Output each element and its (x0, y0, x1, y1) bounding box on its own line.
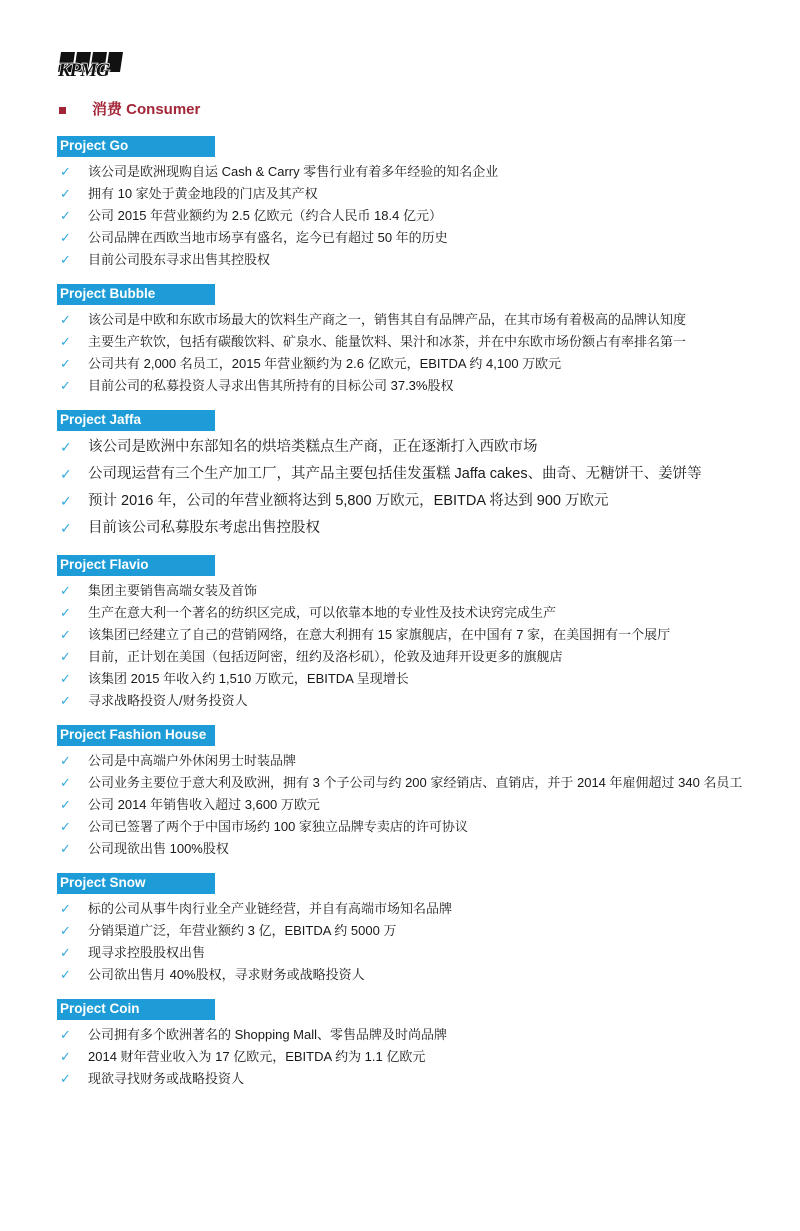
checkmark-icon: ✓ (60, 331, 88, 352)
checkmark-icon: ✓ (60, 580, 88, 601)
bullet-item: ✓ 预计 2016 年，公司的年营业额将达到 5,800 万欧元，EBITDA … (57, 489, 747, 514)
project-title: Project Flavio (57, 555, 215, 576)
checkmark-icon: ✓ (60, 435, 88, 460)
bullet-item: ✓ 公司共有 2,000 名员工，2015 年营业额约为 2.6 亿欧元，EBI… (57, 353, 747, 374)
project-title: Project Bubble (57, 284, 215, 305)
checkmark-icon: ✓ (60, 750, 88, 771)
bullet-text: 2014 财年营业收入为 17 亿欧元，EBITDA 约为 1.1 亿欧元 (88, 1046, 747, 1067)
bullet-item: ✓ 集团主要销售高端女装及首饰 (57, 580, 747, 601)
bullet-text: 公司 2015 年营业额约为 2.5 亿欧元（约合人民币 18.4 亿元） (88, 205, 747, 226)
bullet-text: 标的公司从事牛肉行业全产业链经营，并自有高端市场知名品牌 (88, 898, 747, 919)
bullet-text: 该集团已经建立了自己的营销网络，在意大利拥有 15 家旗舰店，在中国有 7 家，… (88, 624, 747, 645)
page-title: 消费 Consumer (92, 100, 200, 120)
bullet-text: 公司拥有多个欧洲著名的 Shopping Mall、零售品牌及时尚品牌 (88, 1024, 747, 1045)
checkmark-icon: ✓ (60, 646, 88, 667)
bullet-item: ✓ 公司 2014 年销售收入超过 3,600 万欧元 (57, 794, 747, 815)
bullet-item: ✓ 目前，正计划在美国（包括迈阿密，纽约及洛杉矶），伦敦及迪拜开设更多的旗舰店 (57, 646, 747, 667)
bullet-text: 公司现运营有三个生产加工厂，其产品主要包括佳发蛋糕 Jaffa cakes、曲奇… (88, 462, 747, 487)
project-title: Project Go (57, 136, 215, 157)
bullet-text: 公司是中高端户外休闲男士时装品牌 (88, 750, 747, 771)
bullet-list: ✓ 该公司是中欧和东欧市场最大的饮料生产商之一，销售其自有品牌产品，在其市场有着… (57, 309, 747, 396)
bullet-item: ✓ 现欲寻找财务或战略投资人 (57, 1068, 747, 1089)
bullet-item: ✓ 分销渠道广泛，年营业额约 3 亿，EBITDA 约 5000 万 (57, 920, 747, 941)
project-section: Project Jaffa ✓ 该公司是欧洲中东部知名的烘培类糕点生产商，正在逐… (57, 410, 747, 541)
bullet-text: 公司业务主要位于意大利及欧洲，拥有 3 个子公司与约 200 家经销店、直销店，… (88, 772, 747, 793)
checkmark-icon: ✓ (60, 489, 88, 514)
document-page: KPMG 消费 Consumer Project Go ✓ 该公司是欧洲现购自运… (0, 0, 800, 1089)
bullet-text: 目前公司股东寻求出售其控股权 (88, 249, 747, 270)
bullet-item: ✓ 拥有 10 家处于黄金地段的门店及其产权 (57, 183, 747, 204)
checkmark-icon: ✓ (60, 794, 88, 815)
bullet-text: 该公司是欧洲现购自运 Cash & Carry 零售行业有着多年经验的知名企业 (88, 161, 747, 182)
bullet-list: ✓ 公司是中高端户外休闲男士时装品牌 ✓ 公司业务主要位于意大利及欧洲，拥有 3… (57, 750, 747, 859)
bullet-item: ✓ 公司拥有多个欧洲著名的 Shopping Mall、零售品牌及时尚品牌 (57, 1024, 747, 1045)
bullet-item: ✓ 现寻求控股股权出售 (57, 942, 747, 963)
bullet-item: ✓ 公司现欲出售 100%股权 (57, 838, 747, 859)
bullet-text: 目前公司的私募投资人寻求出售其所持有的目标公司 37.3%股权 (88, 375, 747, 396)
bullet-text: 公司已签署了两个于中国市场约 100 家独立品牌专卖店的许可协议 (88, 816, 747, 837)
bullet-item: ✓ 公司 2015 年营业额约为 2.5 亿欧元（约合人民币 18.4 亿元） (57, 205, 747, 226)
project-section: Project Snow ✓ 标的公司从事牛肉行业全产业链经营，并自有高端市场知… (57, 873, 747, 985)
project-title: Project Snow (57, 873, 215, 894)
checkmark-icon: ✓ (60, 772, 88, 793)
bullet-text: 目前，正计划在美国（包括迈阿密，纽约及洛杉矶），伦敦及迪拜开设更多的旗舰店 (88, 646, 747, 667)
bullet-text: 公司 2014 年销售收入超过 3,600 万欧元 (88, 794, 747, 815)
bullet-item: ✓ 生产在意大利一个著名的纺织区完成，可以依靠本地的专业性及技术诀窍完成生产 (57, 602, 747, 623)
bullet-text: 公司共有 2,000 名员工，2015 年营业额约为 2.6 亿欧元，EBITD… (88, 353, 747, 374)
bullet-item: ✓ 公司已签署了两个于中国市场约 100 家独立品牌专卖店的许可协议 (57, 816, 747, 837)
checkmark-icon: ✓ (60, 1068, 88, 1089)
checkmark-icon: ✓ (60, 690, 88, 711)
bullet-text: 主要生产软饮，包括有碳酸饮料、矿泉水、能量饮料、果汁和冰茶，并在中东欧市场份额占… (88, 331, 747, 352)
bullet-list: ✓ 公司拥有多个欧洲著名的 Shopping Mall、零售品牌及时尚品牌 ✓ … (57, 1024, 747, 1089)
bullet-list: ✓ 标的公司从事牛肉行业全产业链经营，并自有高端市场知名品牌 ✓ 分销渠道广泛，… (57, 898, 747, 985)
bullet-list: ✓ 该公司是欧洲中东部知名的烘培类糕点生产商，正在逐渐打入西欧市场 ✓ 公司现运… (57, 435, 747, 541)
checkmark-icon: ✓ (60, 161, 88, 182)
bullet-text: 预计 2016 年，公司的年营业额将达到 5,800 万欧元，EBITDA 将达… (88, 489, 747, 514)
bullet-item: ✓ 主要生产软饮，包括有碳酸饮料、矿泉水、能量饮料、果汁和冰茶，并在中东欧市场份… (57, 331, 747, 352)
bullet-text: 公司品牌在西欧当地市场享有盛名，迄今已有超过 50 年的历史 (88, 227, 747, 248)
bullet-text: 该公司是欧洲中东部知名的烘培类糕点生产商，正在逐渐打入西欧市场 (88, 435, 747, 460)
checkmark-icon: ✓ (60, 602, 88, 623)
bullet-item: ✓ 公司业务主要位于意大利及欧洲，拥有 3 个子公司与约 200 家经销店、直销… (57, 772, 747, 793)
bullet-item: ✓ 该公司是欧洲现购自运 Cash & Carry 零售行业有着多年经验的知名企… (57, 161, 747, 182)
bullet-text: 该集团 2015 年收入约 1,510 万欧元，EBITDA 呈现增长 (88, 668, 747, 689)
sections: Project Go ✓ 该公司是欧洲现购自运 Cash & Carry 零售行… (57, 136, 747, 1089)
bullet-item: ✓ 该公司是欧洲中东部知名的烘培类糕点生产商，正在逐渐打入西欧市场 (57, 435, 747, 460)
checkmark-icon: ✓ (60, 668, 88, 689)
bullet-item: ✓ 该集团 2015 年收入约 1,510 万欧元，EBITDA 呈现增长 (57, 668, 747, 689)
checkmark-icon: ✓ (60, 816, 88, 837)
checkmark-icon: ✓ (60, 227, 88, 248)
project-section: Project Bubble ✓ 该公司是中欧和东欧市场最大的饮料生产商之一，销… (57, 284, 747, 396)
bullet-item: ✓ 公司现运营有三个生产加工厂，其产品主要包括佳发蛋糕 Jaffa cakes、… (57, 462, 747, 487)
project-section: Project Flavio ✓ 集团主要销售高端女装及首饰 ✓ 生产在意大利一… (57, 555, 747, 711)
project-title: Project Coin (57, 999, 215, 1020)
bullet-list: ✓ 集团主要销售高端女装及首饰 ✓ 生产在意大利一个著名的纺织区完成，可以依靠本… (57, 580, 747, 711)
bullet-text: 公司现欲出售 100%股权 (88, 838, 747, 859)
checkmark-icon: ✓ (60, 353, 88, 374)
project-title: Project Jaffa (57, 410, 215, 431)
bullet-item: ✓ 该公司是中欧和东欧市场最大的饮料生产商之一，销售其自有品牌产品，在其市场有着… (57, 309, 747, 330)
checkmark-icon: ✓ (60, 249, 88, 270)
bullet-text: 生产在意大利一个著名的纺织区完成，可以依靠本地的专业性及技术诀窍完成生产 (88, 602, 747, 623)
project-section: Project Go ✓ 该公司是欧洲现购自运 Cash & Carry 零售行… (57, 136, 747, 270)
checkmark-icon: ✓ (60, 205, 88, 226)
bullet-item: ✓ 公司欲出售月 40%股权，寻求财务或战略投资人 (57, 964, 747, 985)
project-title: Project Fashion House (57, 725, 215, 746)
bullet-item: ✓ 2014 财年营业收入为 17 亿欧元，EBITDA 约为 1.1 亿欧元 (57, 1046, 747, 1067)
bullet-text: 现寻求控股股权出售 (88, 942, 747, 963)
bullet-list: ✓ 该公司是欧洲现购自运 Cash & Carry 零售行业有着多年经验的知名企… (57, 161, 747, 270)
logo-wordmark: KPMG (57, 60, 110, 81)
bullet-text: 寻求战略投资人/财务投资人 (88, 690, 747, 711)
checkmark-icon: ✓ (60, 516, 88, 541)
checkmark-icon: ✓ (60, 964, 88, 985)
checkmark-icon: ✓ (60, 375, 88, 396)
bullet-item: ✓ 公司是中高端户外休闲男士时装品牌 (57, 750, 747, 771)
checkmark-icon: ✓ (60, 183, 88, 204)
bullet-text: 分销渠道广泛，年营业额约 3 亿，EBITDA 约 5000 万 (88, 920, 747, 941)
checkmark-icon: ✓ (60, 624, 88, 645)
bullet-item: ✓ 目前公司的私募投资人寻求出售其所持有的目标公司 37.3%股权 (57, 375, 747, 396)
category-header: 消费 Consumer (57, 100, 747, 120)
bullet-item: ✓ 该集团已经建立了自己的营销网络，在意大利拥有 15 家旗舰店，在中国有 7 … (57, 624, 747, 645)
project-section: Project Fashion House ✓ 公司是中高端户外休闲男士时装品牌… (57, 725, 747, 859)
checkmark-icon: ✓ (60, 462, 88, 487)
project-section: Project Coin ✓ 公司拥有多个欧洲著名的 Shopping Mall… (57, 999, 747, 1089)
bullet-text: 拥有 10 家处于黄金地段的门店及其产权 (88, 183, 747, 204)
bullet-item: ✓ 目前公司股东寻求出售其控股权 (57, 249, 747, 270)
checkmark-icon: ✓ (60, 838, 88, 859)
bullet-text: 公司欲出售月 40%股权，寻求财务或战略投资人 (88, 964, 747, 985)
checkmark-icon: ✓ (60, 1024, 88, 1045)
checkmark-icon: ✓ (60, 1046, 88, 1067)
kpmg-logo: KPMG (57, 50, 137, 84)
checkmark-icon: ✓ (60, 920, 88, 941)
bullet-item: ✓ 目前该公司私募股东考虑出售控股权 (57, 516, 747, 541)
bullet-text: 该公司是中欧和东欧市场最大的饮料生产商之一，销售其自有品牌产品，在其市场有着极高… (88, 309, 747, 330)
bullet-item: ✓ 寻求战略投资人/财务投资人 (57, 690, 747, 711)
bullet-text: 目前该公司私募股东考虑出售控股权 (88, 516, 747, 541)
red-square-bullet-icon (59, 107, 66, 114)
bullet-text: 现欲寻找财务或战略投资人 (88, 1068, 747, 1089)
checkmark-icon: ✓ (60, 309, 88, 330)
bullet-item: ✓ 标的公司从事牛肉行业全产业链经营，并自有高端市场知名品牌 (57, 898, 747, 919)
bullet-item: ✓ 公司品牌在西欧当地市场享有盛名，迄今已有超过 50 年的历史 (57, 227, 747, 248)
checkmark-icon: ✓ (60, 942, 88, 963)
checkmark-icon: ✓ (60, 898, 88, 919)
bullet-text: 集团主要销售高端女装及首饰 (88, 580, 747, 601)
